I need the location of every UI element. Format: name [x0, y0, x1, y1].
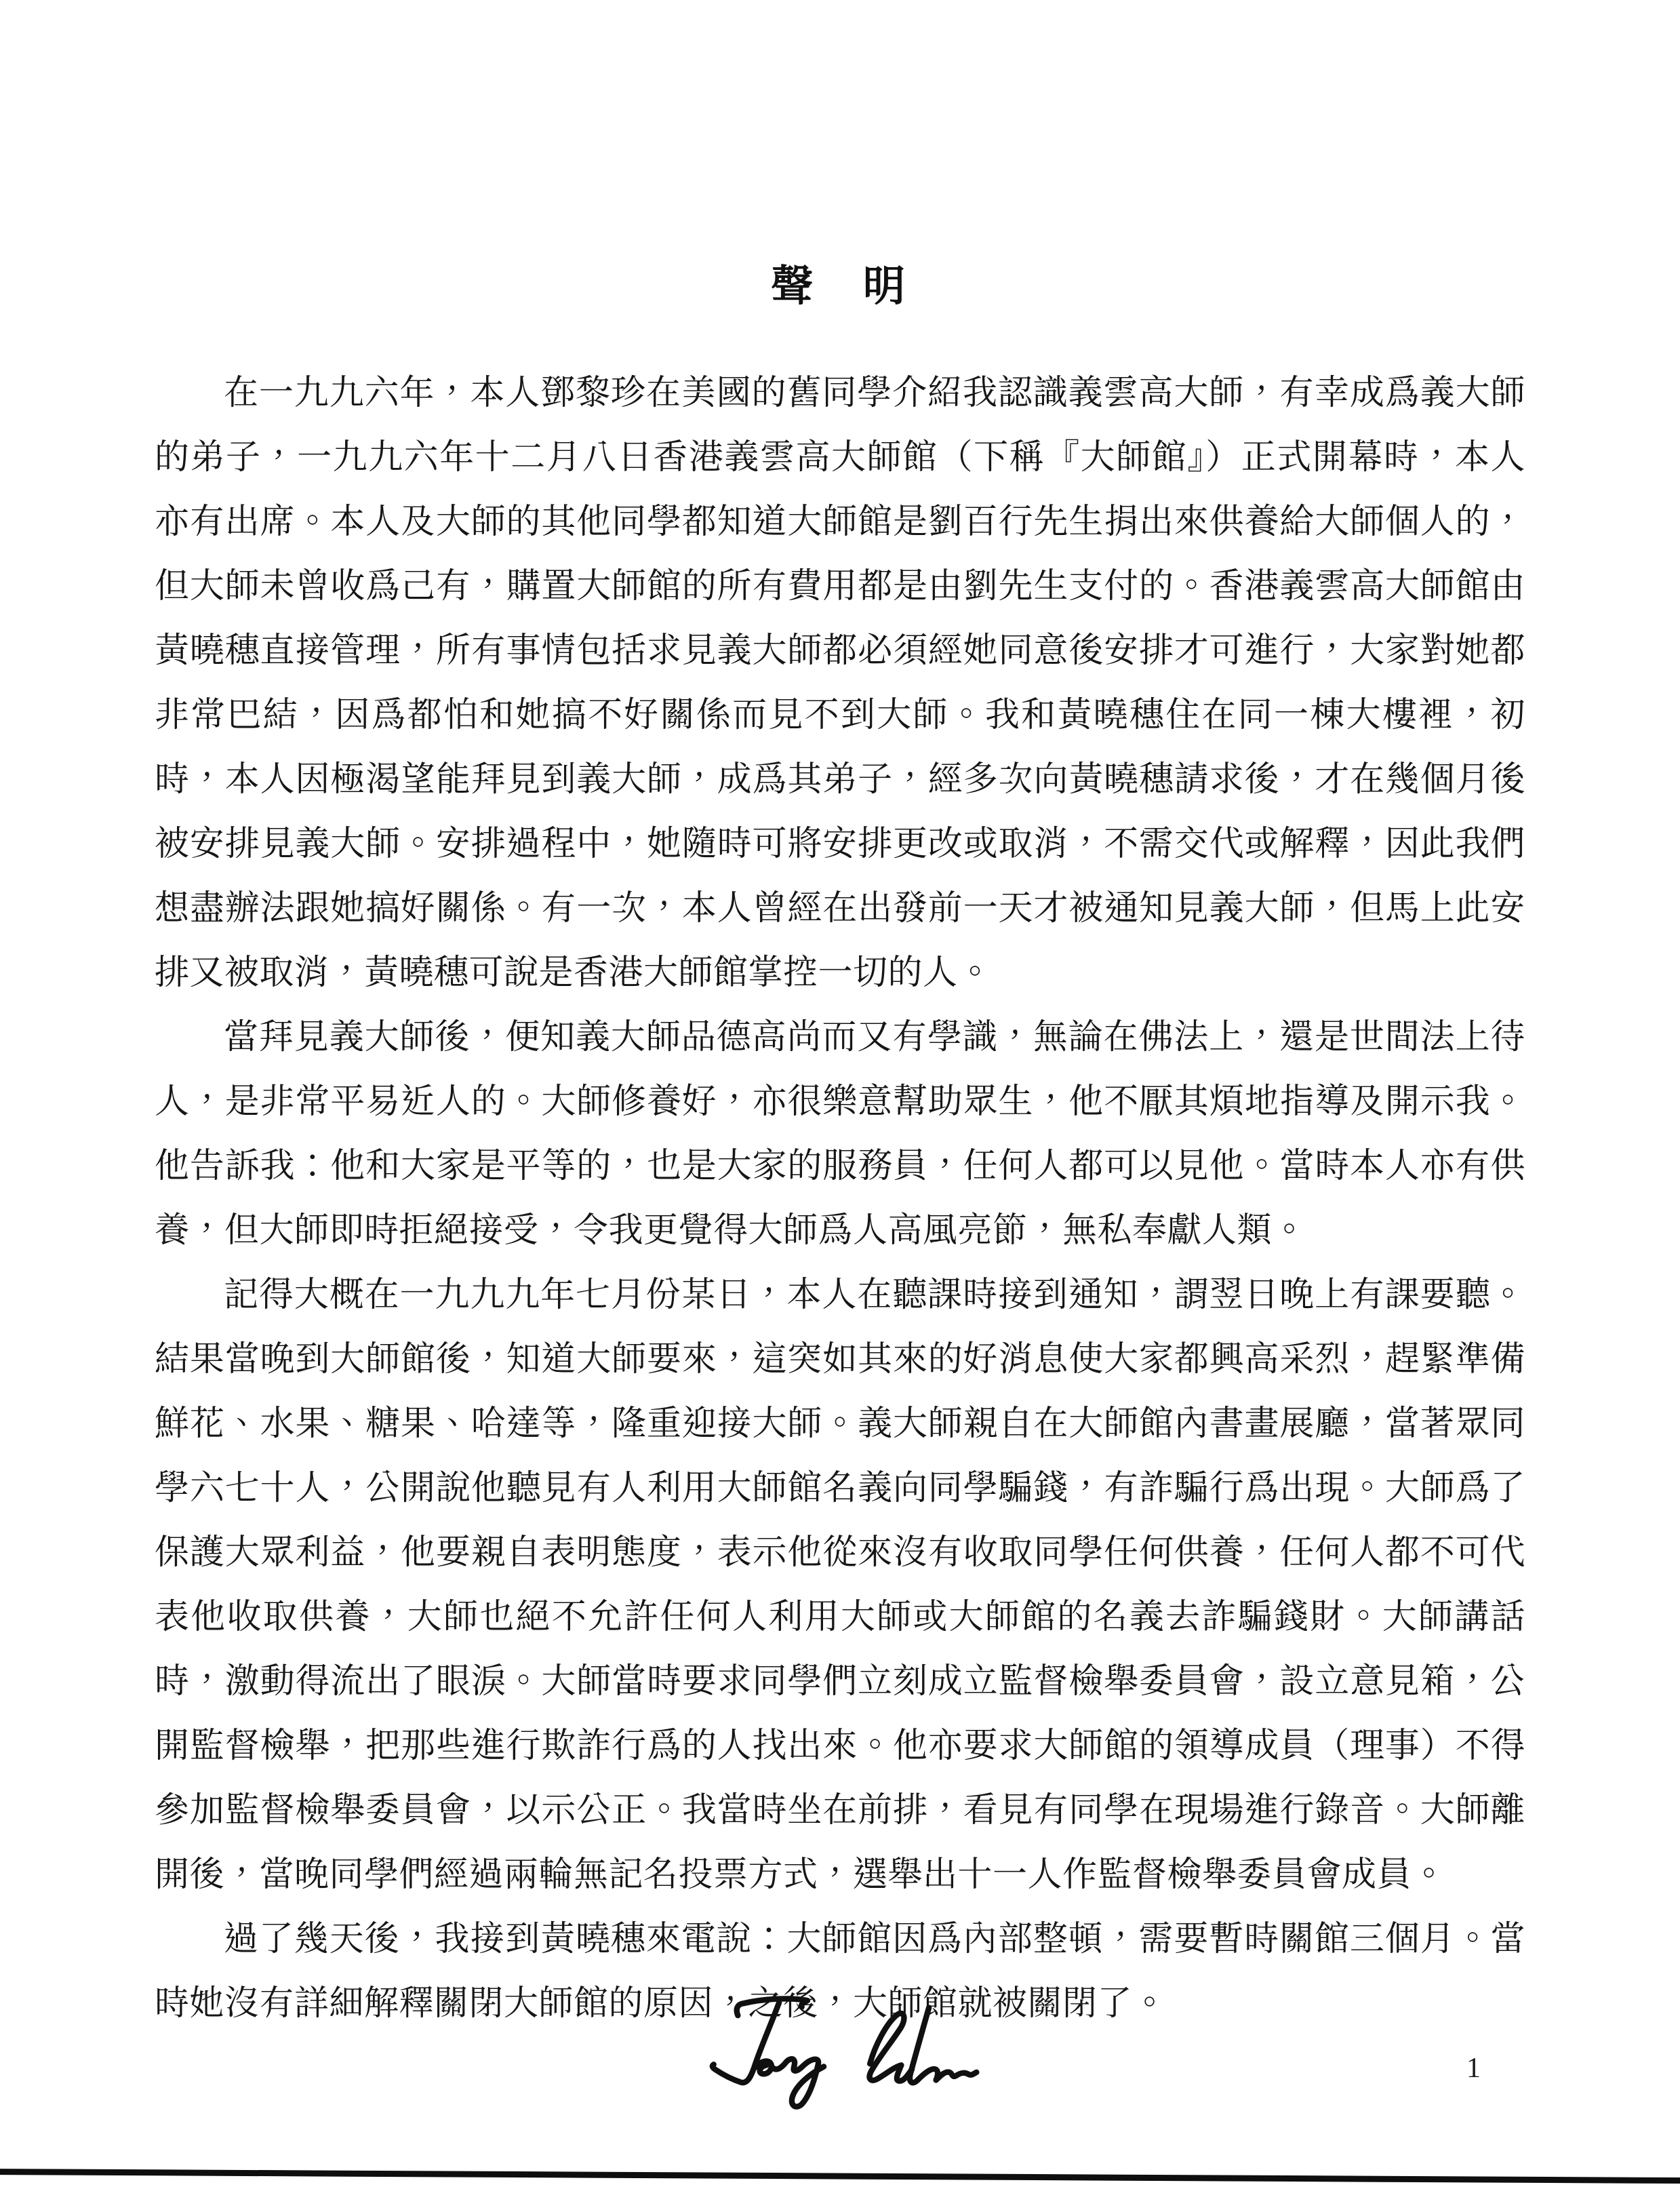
- page-number: 1: [1466, 2052, 1481, 2085]
- paragraph-1: 在一九九六年，本人鄧黎珍在美國的舊同學介紹我認識義雲高大師，有幸成爲義大師的弟子…: [155, 361, 1525, 1006]
- paragraph-2: 當拜見義大師後，便知義大師品德高尚而又有學識，無論在佛法上，還是世間法上待人，是…: [155, 1006, 1525, 1263]
- paragraph-3: 記得大概在一九九九年七月份某日，本人在聽課時接到通知，謂翌日晚上有課要聽。結果當…: [155, 1263, 1525, 1908]
- document-page: 聲 明 在一九九六年，本人鄧黎珍在美國的舊同學介紹我認識義雲高大師，有幸成爲義大…: [0, 0, 1680, 2189]
- page-title: 聲 明: [0, 252, 1680, 313]
- document-body: 在一九九六年，本人鄧黎珍在美國的舊同學介紹我認識義雲高大師，有幸成爲義大師的弟子…: [155, 361, 1525, 2036]
- handwritten-signature: [688, 1994, 986, 2139]
- scan-edge-artifact: [0, 2169, 1680, 2184]
